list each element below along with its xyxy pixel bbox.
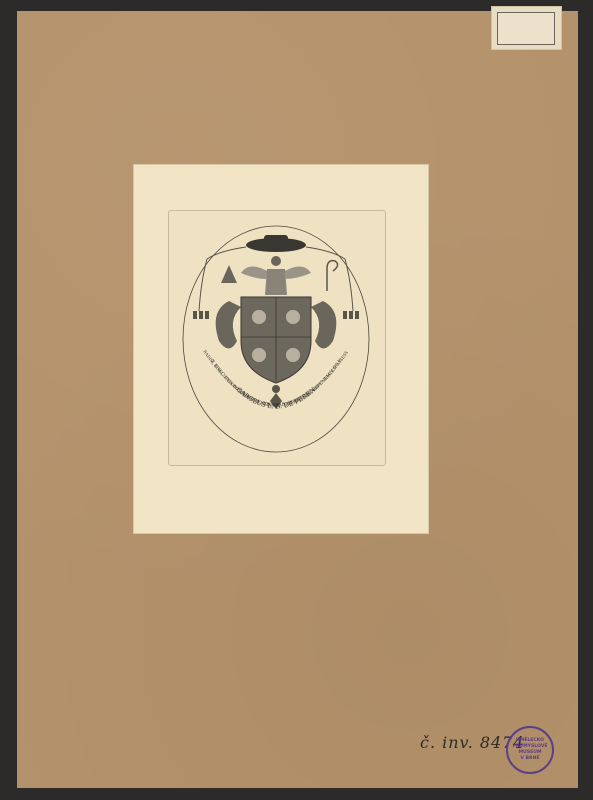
ex-libris-oval: CAROLUS L. B. DE PEREN ELECT. EPISCOPUS … bbox=[179, 221, 373, 457]
coat-of-arms-engraving: CAROLUS L. B. DE PEREN ELECT. EPISCOPUS … bbox=[179, 221, 373, 457]
label-frame bbox=[497, 12, 555, 45]
label-tab bbox=[491, 6, 562, 50]
mitre-icon bbox=[221, 265, 237, 283]
crozier-icon bbox=[327, 261, 338, 291]
plate-mark: CAROLUS L. B. DE PEREN ELECT. EPISCOPUS … bbox=[168, 210, 386, 466]
stamp-line: V BRNĚ bbox=[520, 756, 539, 762]
museum-stamp: UMĚLECKO PRŮMYSLOVÉ MUSEUM V BRNĚ bbox=[506, 726, 554, 774]
angel-icon bbox=[271, 256, 281, 266]
bookplate-sheet: CAROLUS L. B. DE PEREN ELECT. EPISCOPUS … bbox=[133, 164, 429, 534]
